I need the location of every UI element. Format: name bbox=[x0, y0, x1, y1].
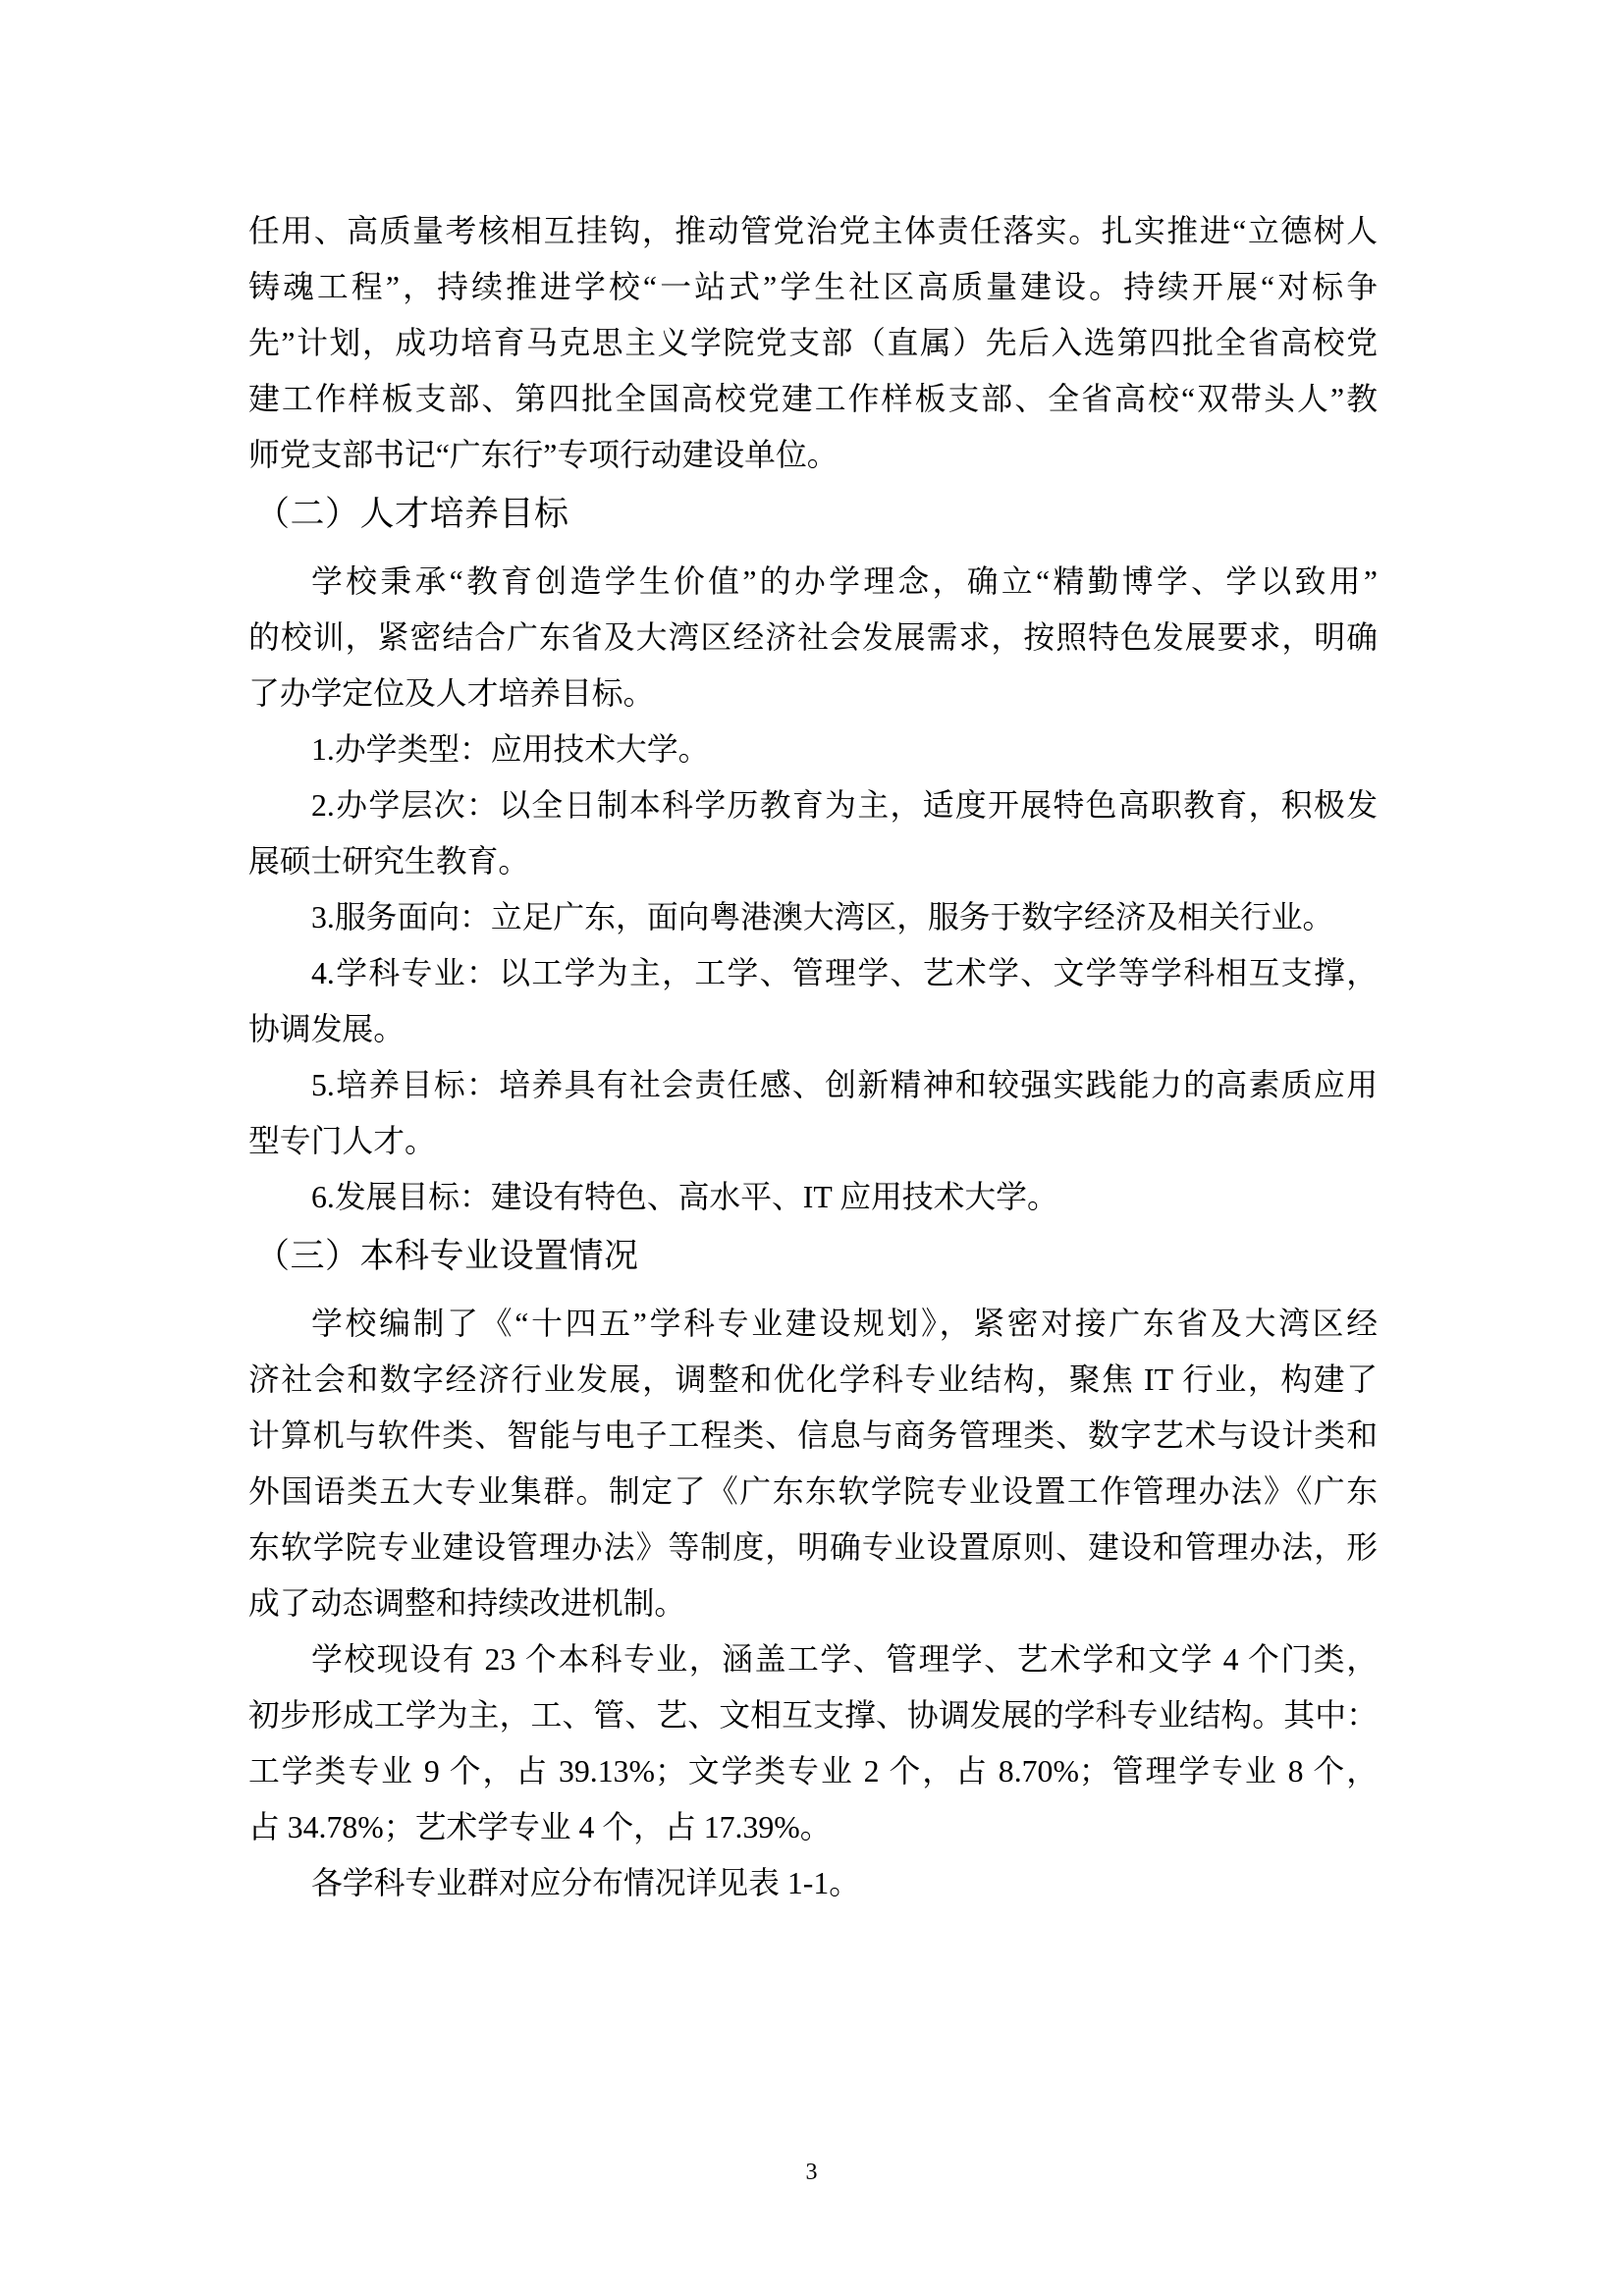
text-line: 初步形成工学为主，工、管、艺、文相互支撑、协调发展的学科专业结构。其中： bbox=[248, 1687, 1378, 1743]
page-number: 3 bbox=[0, 2158, 1623, 2187]
text-line: 1.办学类型：应用技术大学。 bbox=[311, 721, 1378, 777]
text-line: 济社会和数字经济行业发展，调整和优化学科专业结构，聚焦 IT 行业，构建了 bbox=[248, 1352, 1378, 1408]
text-line: 4.学科专业：以工学为主，工学、管理学、艺术学、文学等学科相互支撑， bbox=[311, 945, 1378, 1001]
text-line: 展硕士研究生教育。 bbox=[248, 833, 1378, 889]
text-line: 型专门人才。 bbox=[248, 1113, 1378, 1169]
text-line: 学校编制了《“十四五”学科专业建设规划》，紧密对接广东省及大湾区经 bbox=[311, 1296, 1378, 1352]
text-line: 铸魂工程”，持续推进学校“一站式”学生社区高质量建设。持续开展“对标争 bbox=[248, 259, 1378, 315]
text-line: 先”计划，成功培育马克思主义学院党支部（直属）先后入选第四批全省高校党 bbox=[248, 315, 1378, 371]
text-line: 师党支部书记“广东行”专项行动建设单位。 bbox=[248, 427, 1378, 483]
text-line: 外国语类五大专业集群。制定了《广东东软学院专业设置工作管理办法》《广东 bbox=[248, 1464, 1378, 1520]
text-line: 建工作样板支部、第四批全国高校党建工作样板支部、全省高校“双带头人”教 bbox=[248, 371, 1378, 427]
text-line: 东软学院专业建设管理办法》等制度，明确专业设置原则、建设和管理办法，形 bbox=[248, 1520, 1378, 1575]
text-line: 5.培养目标：培养具有社会责任感、创新精神和较强实践能力的高素质应用 bbox=[311, 1057, 1378, 1113]
text-line: 占 34.78%；艺术学专业 4 个，占 17.39%。 bbox=[248, 1799, 1378, 1855]
section-heading-talent-goals: （二）人才培养目标 bbox=[255, 485, 569, 544]
text-line: 计算机与软件类、智能与电子工程类、信息与商务管理类、数字艺术与设计类和 bbox=[248, 1408, 1378, 1464]
section-heading-majors: （三）本科专业设置情况 bbox=[255, 1227, 639, 1286]
text-line: 成了动态调整和持续改进机制。 bbox=[248, 1575, 1378, 1631]
text-line: 学校秉承“教育创造学生价值”的办学理念，确立“精勤博学、学以致用” bbox=[311, 554, 1378, 610]
document-page: 任用、高质量考核相互挂钩，推动管党治党主体责任落实。扎实推进“立德树人 铸魂工程… bbox=[0, 0, 1623, 2296]
text-line: 工学类专业 9 个，占 39.13%；文学类专业 2 个，占 8.70%；管理学… bbox=[248, 1743, 1378, 1799]
text-line: 6.发展目标：建设有特色、高水平、IT 应用技术大学。 bbox=[311, 1169, 1378, 1225]
text-line: 了办学定位及人才培养目标。 bbox=[248, 666, 1378, 721]
text-line: 协调发展。 bbox=[248, 1001, 1378, 1057]
text-line: 学校现设有 23 个本科专业，涵盖工学、管理学、艺术学和文学 4 个门类， bbox=[311, 1631, 1378, 1687]
text-line: 的校训，紧密结合广东省及大湾区经济社会发展需求，按照特色发展要求，明确 bbox=[248, 610, 1378, 666]
text-line: 2.办学层次：以全日制本科学历教育为主，适度开展特色高职教育，积极发 bbox=[311, 777, 1378, 833]
text-line: 任用、高质量考核相互挂钩，推动管党治党主体责任落实。扎实推进“立德树人 bbox=[248, 203, 1378, 259]
text-line: 3.服务面向：立足广东，面向粤港澳大湾区，服务于数字经济及相关行业。 bbox=[311, 889, 1378, 945]
text-line: 各学科专业群对应分布情况详见表 1-1。 bbox=[311, 1855, 1378, 1911]
